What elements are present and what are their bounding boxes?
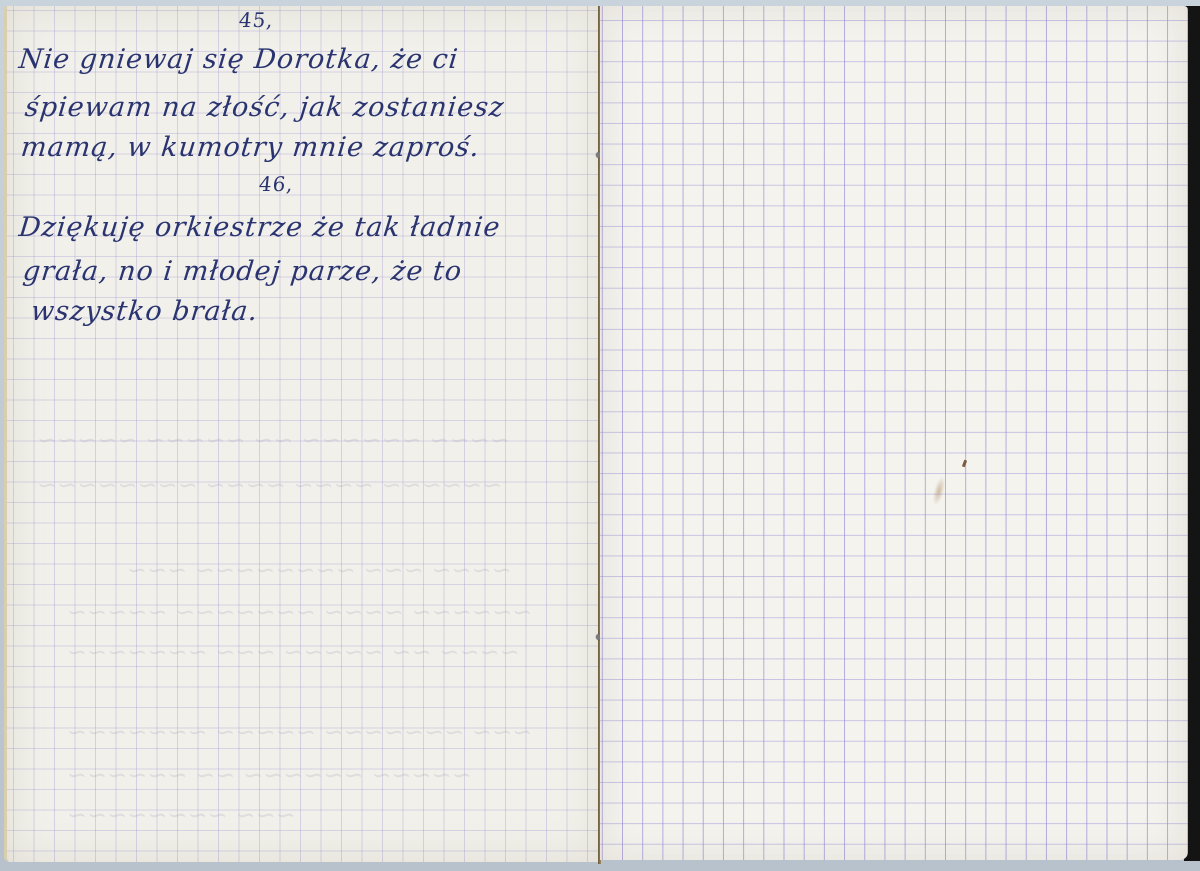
- handwritten-line: Dziękuję orkiestrze że tak ładnie: [17, 212, 502, 243]
- handwritten-line: wszystko brała.: [29, 296, 259, 327]
- bleed-through-text: ~~~~~~ ~~~~ ~~~~~~~ ~~~~~: [66, 598, 534, 626]
- entry-number: 46,: [258, 172, 295, 196]
- bleed-through-text: ~~~~ ~~~ ~~~~~~~~ ~~~: [126, 556, 514, 584]
- right-page: [600, 6, 1188, 860]
- handwritten-line: grała, no i młodej parze, że to: [21, 256, 463, 287]
- handwritten-line: mamą, w kumotry mnie zaproś.: [19, 132, 481, 163]
- handwritten-line: śpiewam na złość, jak zostaniesz: [23, 92, 506, 123]
- bleed-through-text: ~~~~ ~~~~~~ ~~ ~~~~~ ~~~~~: [36, 426, 512, 454]
- bleed-through-text: ~~~ ~~~~~~~ ~~~~~ ~~~~~~~: [66, 718, 534, 746]
- handwritten-line: Nie gniewaj się Dorotka, że ci: [17, 44, 460, 75]
- left-page: ~~~~ ~~~~~~ ~~ ~~~~~ ~~~~~ ~~~~~~ ~~~~ ~…: [4, 6, 601, 862]
- bleed-through-text: ~~~~~~ ~~~~ ~~~~ ~~~~~~~~: [36, 471, 504, 499]
- notebook-spread: ~~~~ ~~~~~~ ~~ ~~~~~ ~~~~~ ~~~~~~ ~~~~ ~…: [4, 6, 1190, 864]
- bleed-through-text: ~~~~ ~~ ~~~~~ ~~~ ~~~~~~~: [66, 638, 522, 666]
- bleed-through-text: ~~~~~ ~~~~~~ ~~ ~~~~~~: [66, 761, 474, 789]
- entry-number: 45,: [238, 8, 275, 32]
- bleed-through-text: ~~~ ~~~~~~~~: [66, 801, 298, 829]
